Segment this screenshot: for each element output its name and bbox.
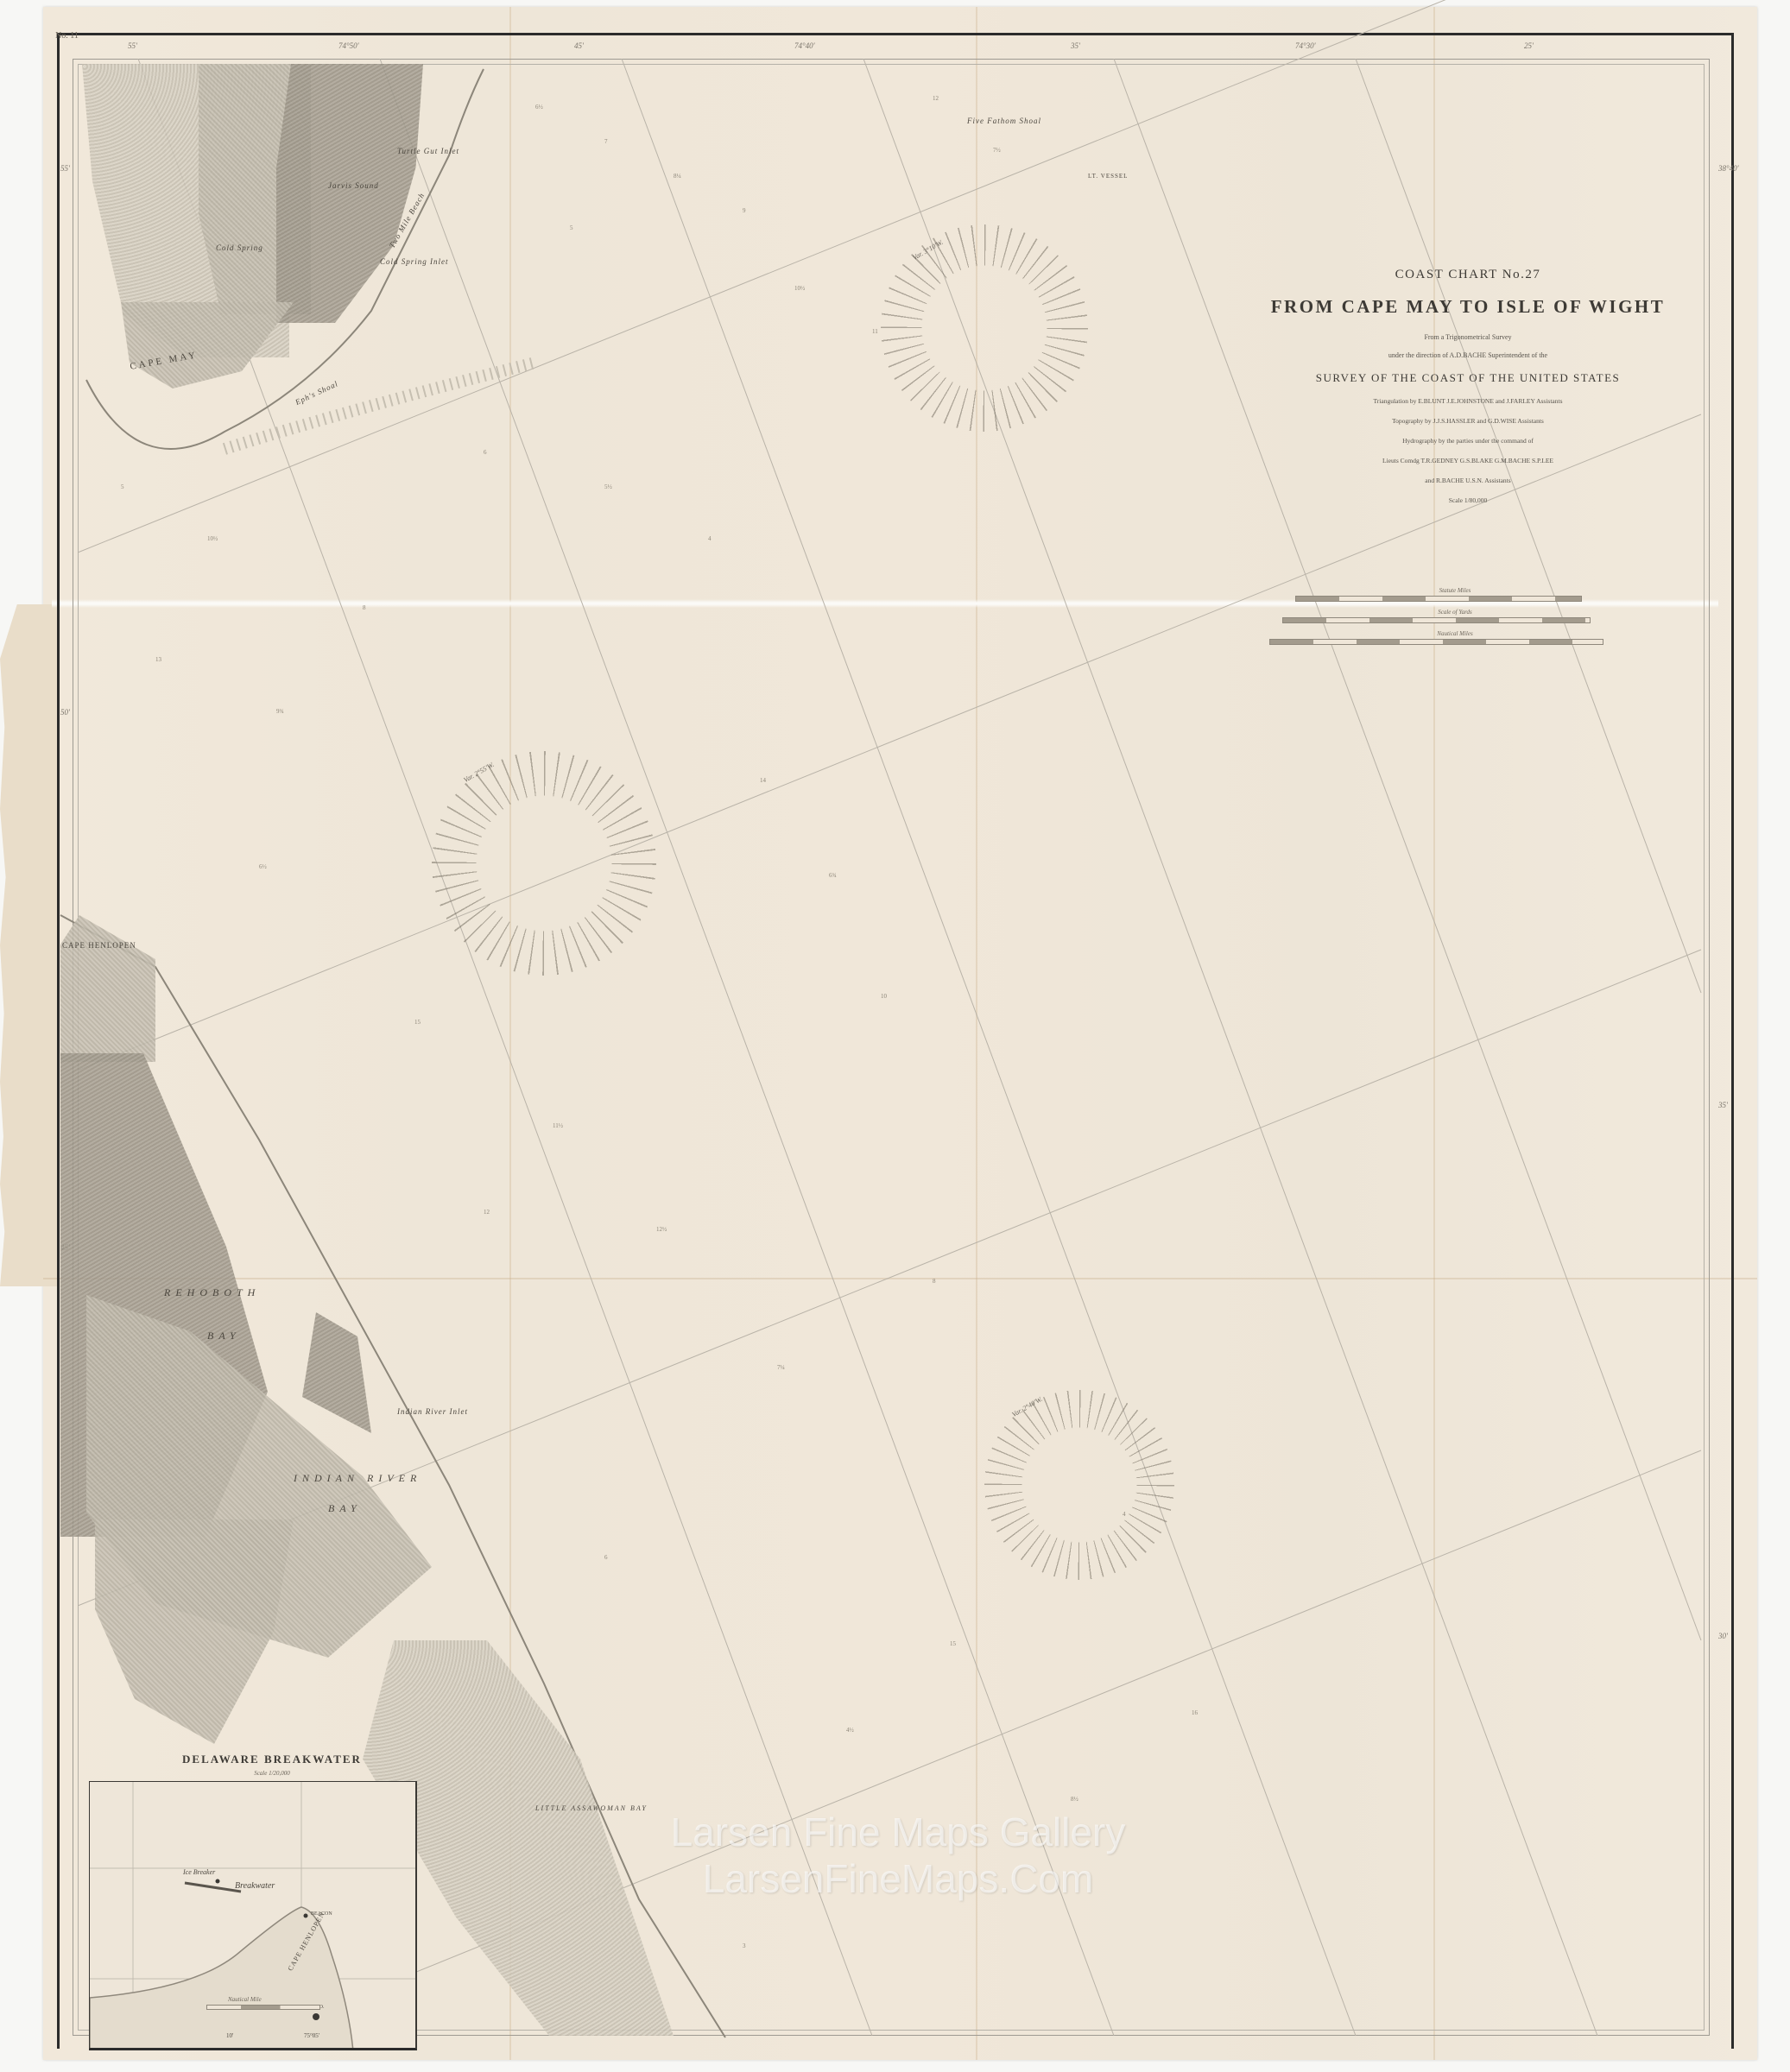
scale-bars: Statute Miles Scale of Yards Nautical Mi… <box>1269 587 1641 652</box>
place-five-fathom-shoal: Five Fathom Shoal <box>967 117 1041 125</box>
hydrography-credit: Hydrography by the parties under the com… <box>1200 437 1736 445</box>
place-cold-spring: Cold Spring <box>216 243 263 252</box>
assistants-credit: and R.BACHE U.S.N. Assistants <box>1200 477 1736 484</box>
chart-title: FROM CAPE MAY TO ISLE OF WIGHT <box>1200 296 1736 318</box>
survey-name: SURVEY OF THE COAST OF THE UNITED STATES <box>1200 371 1736 385</box>
topography-credit: Topography by J.J.S.HASSLER and G.D.WISE… <box>1200 417 1736 425</box>
nautical-miles-bar <box>1269 639 1603 645</box>
place-indian-river-inlet: Indian River Inlet <box>397 1407 468 1416</box>
scale-label: Nautical Miles <box>1269 630 1641 637</box>
officers-credit: Lieuts Comdg T.R.GEDNEY G.S.BLAKE G.M.BA… <box>1200 457 1736 464</box>
place-turtle-gut-inlet: Turtle Gut Inlet <box>397 147 459 155</box>
scale-label: Scale of Yards <box>1269 609 1641 616</box>
compass-rose <box>984 1390 1174 1580</box>
inset-coastline <box>90 1782 417 2050</box>
survey-direction: under the direction of A.D.BACHE Superin… <box>1200 351 1736 359</box>
place-rehoboth: REHOBOTH <box>164 1286 260 1299</box>
chart-scale: Scale 1/80,000 <box>1200 496 1736 504</box>
inset-ice-breaker: Ice Breaker <box>183 1868 215 1876</box>
gallery-watermark: Larsen Fine Maps Gallery LarsenFineMaps.… <box>553 1809 1243 1902</box>
place-jarvis-sound: Jarvis Sound <box>328 181 379 190</box>
yards-bar <box>1282 617 1591 623</box>
inset-scale-bar <box>206 2005 320 2010</box>
place-cape-henlopen: CAPE HENLOPEN <box>62 941 136 950</box>
survey-source: From a Trigonometrical Survey <box>1200 333 1736 341</box>
inset-title: DELAWARE BREAKWATER <box>164 1753 380 1766</box>
title-cartouche: COAST CHART No.27 FROM CAPE MAY TO ISLE … <box>1200 259 1736 504</box>
inset-breakwater: Breakwater <box>235 1881 275 1891</box>
triangulation-credit: Triangulation by E.BLUNT J.E.JOHNSTONE a… <box>1200 397 1736 405</box>
inset-beacon: BEACON <box>311 1911 332 1917</box>
inset-longitude: 10' <box>226 2032 233 2039</box>
scale-label: Statute Miles <box>1269 587 1641 594</box>
inset-longitude: 75°05' <box>304 2032 319 2039</box>
watermark-line1: Larsen Fine Maps Gallery <box>553 1809 1243 1855</box>
inset-scale-note: Scale 1/20,000 <box>164 1770 380 1777</box>
watermark-line2: LarsenFineMaps.Com <box>553 1855 1243 1902</box>
place-lt-vessel: LT. VESSEL <box>1088 173 1128 180</box>
compass-rose <box>432 751 656 976</box>
place-rehoboth-bay: BAY <box>207 1330 241 1342</box>
place-indian-river: INDIAN RIVER <box>294 1472 421 1485</box>
place-indian-river-bay: BAY <box>328 1502 362 1515</box>
statute-miles-bar <box>1295 596 1582 602</box>
place-cold-spring-inlet: Cold Spring Inlet <box>380 257 449 266</box>
inset-map-delaware-breakwater: Ice Breaker Breakwater CAPE HENLOPEN BEA… <box>89 1781 417 2050</box>
inset-scale-label: Nautical Mile <box>228 1996 262 2003</box>
chart-number: COAST CHART No.27 <box>1200 268 1736 282</box>
